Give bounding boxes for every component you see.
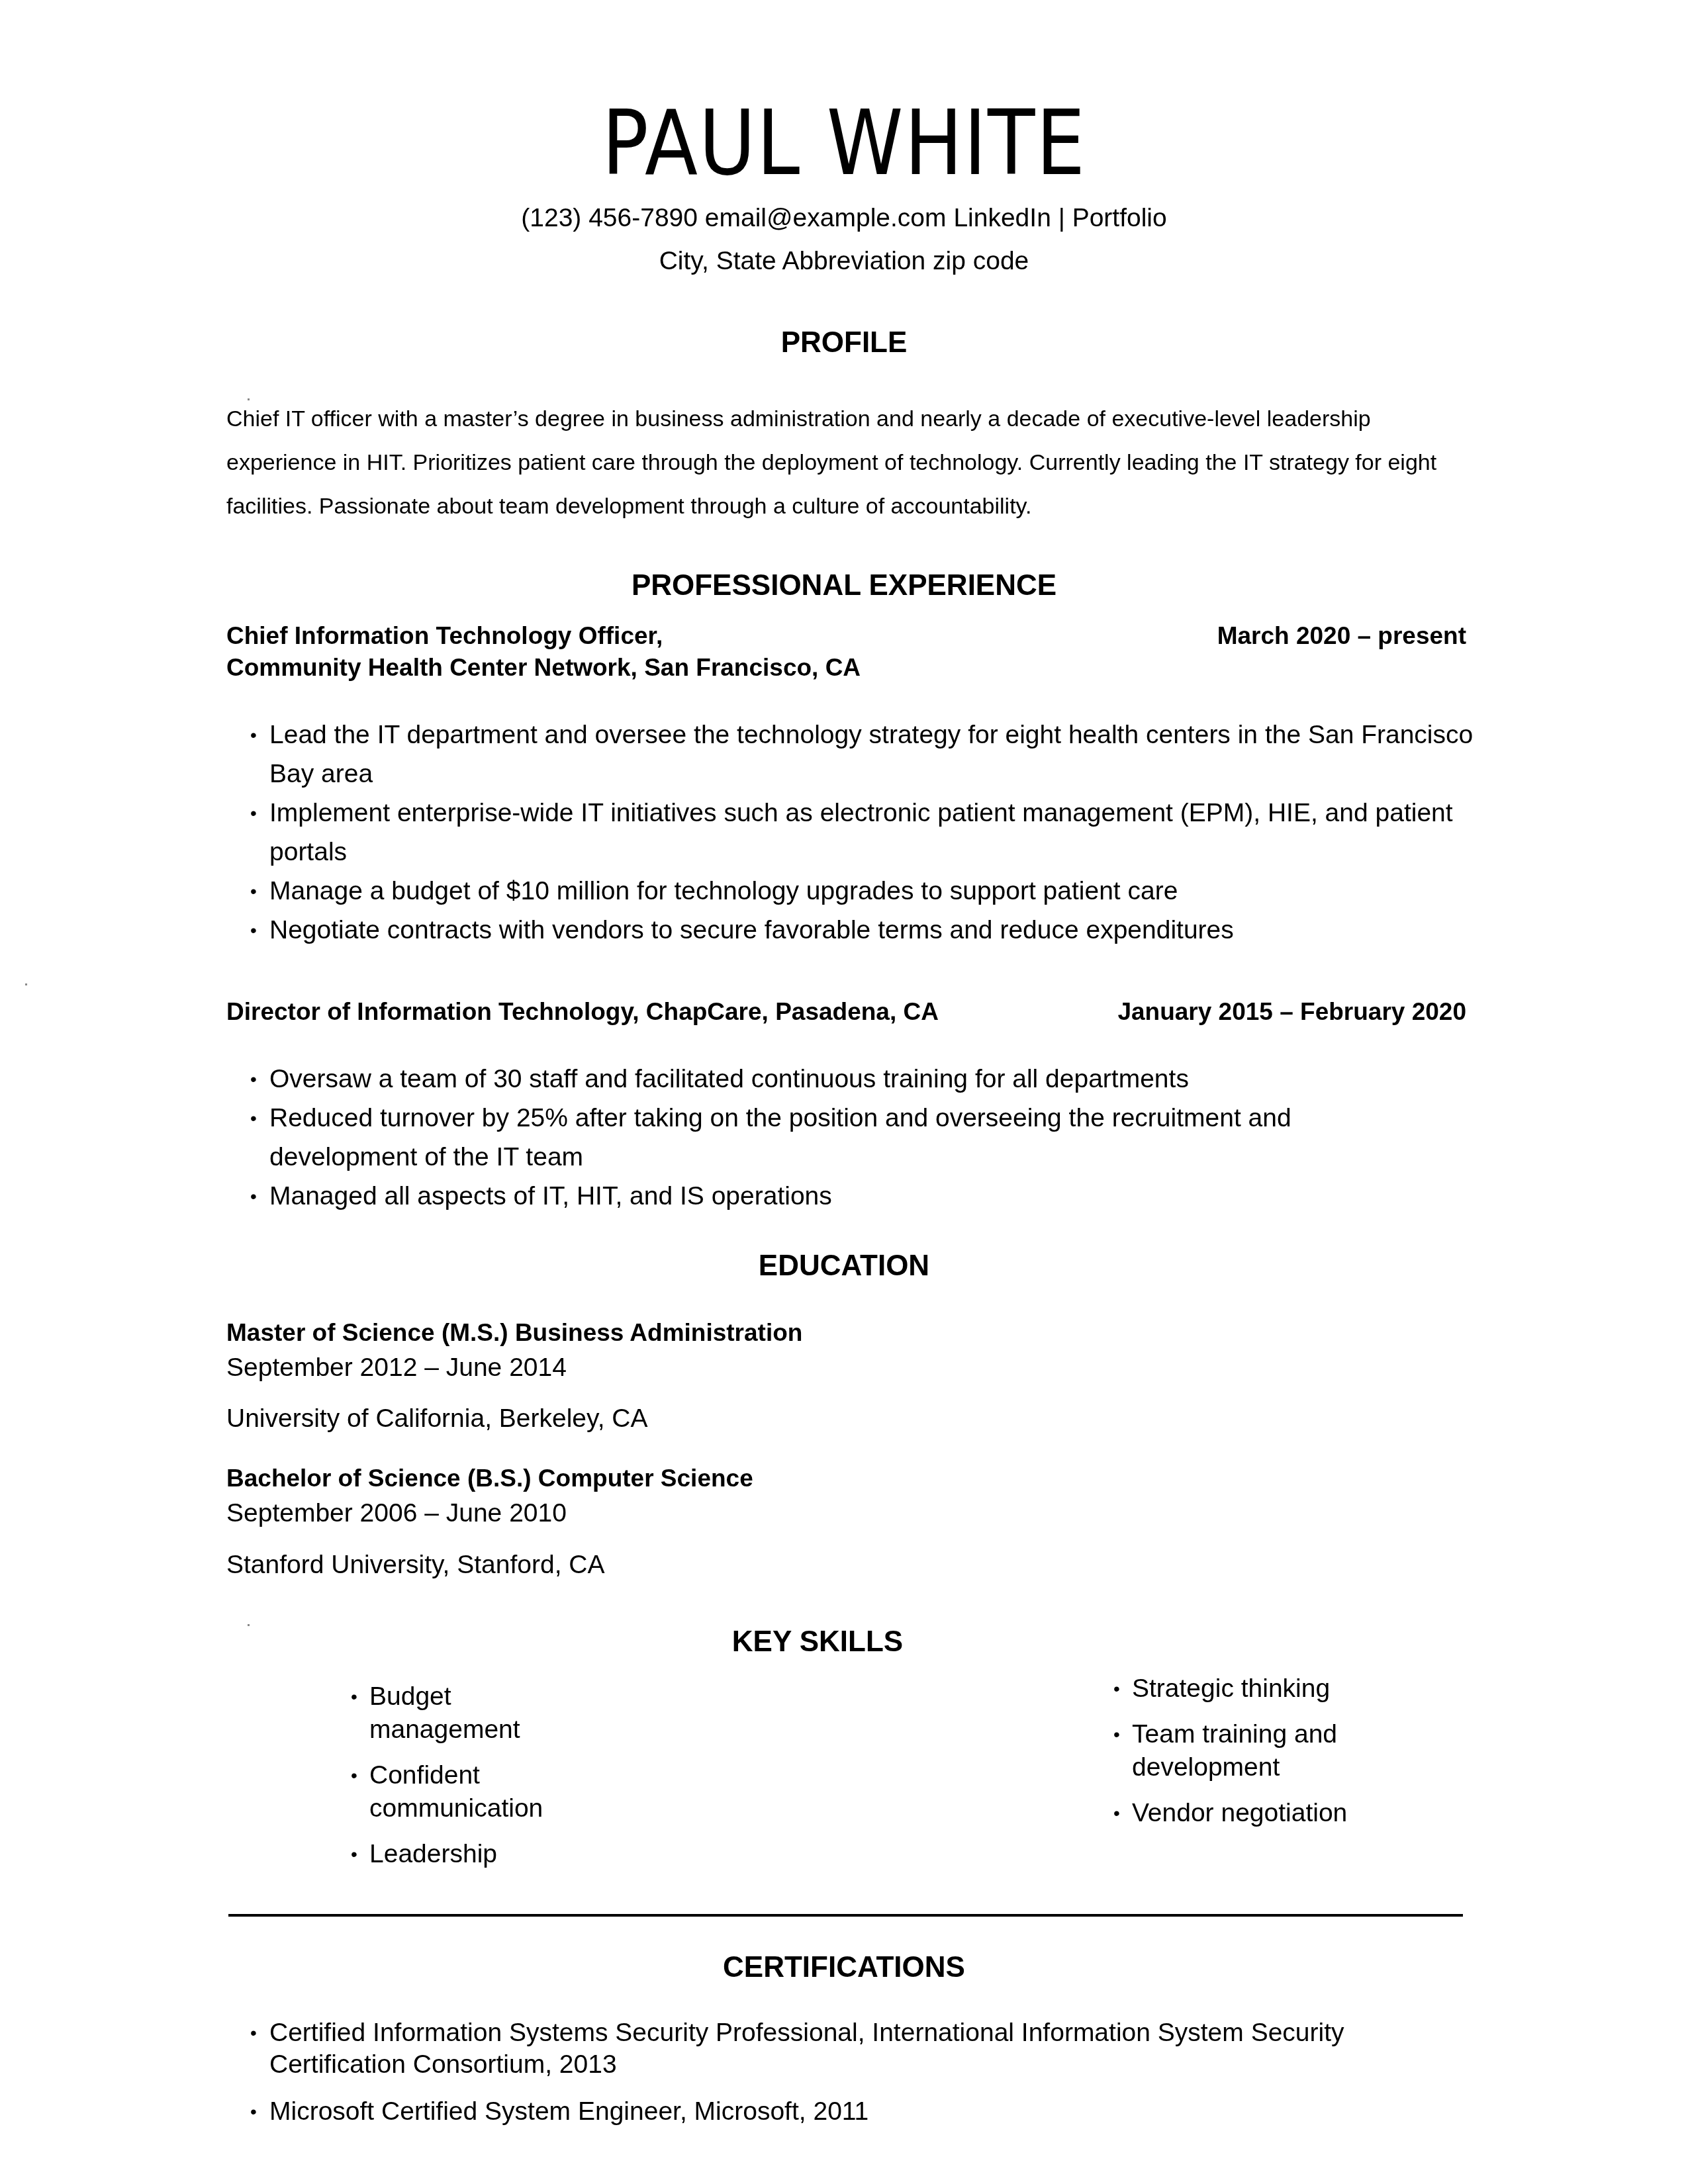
profile-text: Chief IT officer with a master’s degree … [226, 397, 1471, 528]
skill-item: Confident communication [350, 1759, 568, 1825]
job-2-dates: January 2015 – February 2020 [1117, 998, 1466, 1026]
list-item: Microsoft Certified System Engineer, Mic… [226, 2096, 1477, 2128]
list-item: Reduced turnover by 25% after taking on … [226, 1099, 1352, 1177]
experience-heading: PROFESSIONAL EXPERIENCE [0, 569, 1688, 602]
skill-item: Leadership [350, 1838, 568, 1871]
list-item: Implement enterprise-wide IT initiatives… [226, 794, 1477, 872]
edu-2-degree: Bachelor of Science (B.S.) Computer Scie… [226, 1465, 753, 1492]
section-divider [228, 1914, 1463, 1917]
job-1-dates: March 2020 – present [1217, 622, 1466, 650]
skills-right-column: Strategic thinking Team training and dev… [1112, 1672, 1350, 1843]
list-item: Certified Information Systems Security P… [226, 2017, 1477, 2081]
list-item: Managed all aspects of IT, HIT, and IS o… [226, 1177, 1352, 1216]
skill-item: Budget management [350, 1680, 568, 1747]
job-2-bullets: Oversaw a team of 30 staff and facilitat… [226, 1060, 1352, 1216]
edu-2-school: Stanford University, Stanford, CA [226, 1551, 605, 1580]
education-heading: EDUCATION [0, 1250, 1688, 1283]
job-1-company: Community Health Center Network, San Fra… [226, 654, 861, 682]
location-line: City, State Abbreviation zip code [0, 247, 1688, 276]
candidate-name: PAUL WHITE [118, 91, 1570, 196]
list-item: Negotiate contracts with vendors to secu… [226, 911, 1477, 950]
resume-page: PAUL WHITE (123) 456-7890 email@example.… [0, 0, 1688, 2184]
contact-line: (123) 456-7890 email@example.com LinkedI… [0, 204, 1688, 233]
list-item: Oversaw a team of 30 staff and facilitat… [226, 1060, 1352, 1099]
job-1-title: Chief Information Technology Officer, [226, 622, 663, 650]
skills-heading: KEY SKILLS [0, 1625, 1635, 1659]
skills-left-column: Budget management Confident communicatio… [350, 1680, 568, 1884]
stray-mark [25, 983, 27, 985]
profile-heading: PROFILE [0, 326, 1688, 359]
edu-1-dates: September 2012 – June 2014 [226, 1353, 567, 1383]
skill-item: Team training and development [1112, 1718, 1350, 1784]
skill-item: Strategic thinking [1112, 1672, 1350, 1706]
skill-item: Vendor negotiation [1112, 1797, 1350, 1830]
job-2-title: Director of Information Technology, Chap… [226, 998, 939, 1026]
certifications-heading: CERTIFICATIONS [0, 1951, 1688, 1984]
edu-2-dates: September 2006 – June 2010 [226, 1499, 567, 1528]
job-1-bullets: Lead the IT department and oversee the t… [226, 715, 1477, 950]
list-item: Manage a budget of $10 million for techn… [226, 872, 1477, 911]
certifications-list: Certified Information Systems Security P… [226, 2017, 1477, 2128]
edu-1-school: University of California, Berkeley, CA [226, 1404, 648, 1433]
edu-1-degree: Master of Science (M.S.) Business Admini… [226, 1319, 802, 1347]
list-item: Lead the IT department and oversee the t… [226, 715, 1477, 794]
